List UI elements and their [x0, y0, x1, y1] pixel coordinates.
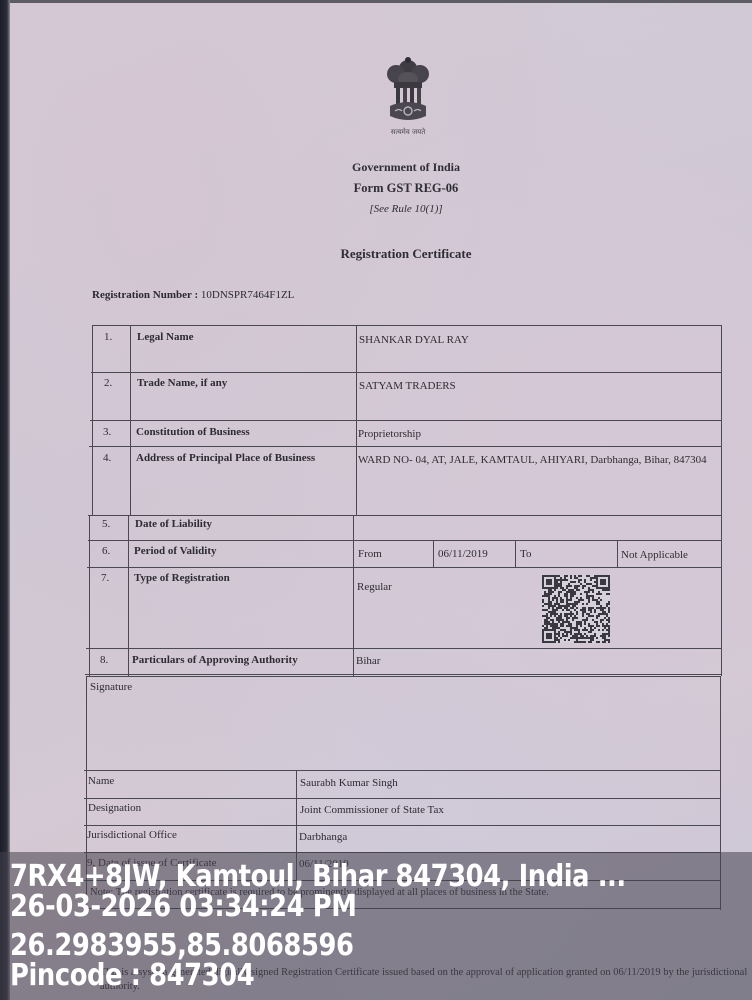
- validity-to-value: Not Applicable: [621, 549, 688, 561]
- geotag-pincode: Pincode : 847304: [10, 960, 254, 992]
- officer-name-value: Saurabh Kumar Singh: [300, 777, 398, 789]
- constitution-value: Proprietorship: [358, 428, 421, 440]
- table-rule: [86, 648, 721, 649]
- signature-label: Signature: [90, 681, 132, 693]
- row-6-number: 6.: [102, 545, 110, 557]
- geotag-datetime: 26-03-2026 03:34:24 PM: [10, 891, 356, 923]
- table-rule: [84, 770, 720, 771]
- table-rule: [128, 515, 129, 676]
- table-rule: [89, 515, 90, 676]
- photo-dark-edge: [0, 0, 10, 1000]
- address-value: WARD NO- 04, AT, JALE, KAMTAUL, AHIYARI,…: [358, 454, 718, 466]
- table-rule: [515, 540, 516, 567]
- name-label: Name: [88, 775, 114, 787]
- registration-type-value: Regular: [357, 581, 392, 593]
- row-5-label: Date of Liability: [135, 518, 212, 530]
- table-rule: [433, 540, 434, 567]
- approving-authority-value: Bihar: [356, 655, 380, 667]
- table-rule: [88, 540, 722, 541]
- table-rule: [84, 798, 720, 799]
- row-8-label: Particulars of Approving Authority: [132, 654, 298, 666]
- table-rule: [130, 325, 131, 515]
- certificate-page: [10, 3, 752, 1000]
- row-7-number: 7.: [101, 572, 109, 584]
- table-rule: [92, 325, 721, 326]
- legal-name-value: SHANKAR DYAL RAY: [359, 334, 469, 346]
- table-rule: [87, 567, 721, 568]
- registration-number-value: 10DNSPR7464F1ZL: [201, 289, 295, 301]
- row-6-label: Period of Validity: [134, 545, 217, 557]
- rule-reference: [See Rule 10(1)]: [30, 203, 752, 215]
- table-rule: [356, 325, 357, 515]
- table-rule: [86, 676, 720, 677]
- designation-label: Designation: [88, 802, 141, 814]
- form-heading: Form GST REG-06: [30, 181, 752, 196]
- national-emblem-icon: सत्यमेव जयते: [384, 54, 432, 138]
- government-heading: Government of India: [30, 160, 752, 175]
- registration-number: Registration Number : 10DNSPR7464F1ZL: [92, 289, 294, 301]
- registration-number-label: Registration Number :: [92, 289, 198, 301]
- row-7-label: Type of Registration: [134, 572, 230, 584]
- designation-value: Joint Commissioner of State Tax: [300, 804, 444, 816]
- qr-code-icon: [542, 575, 610, 643]
- jurisdictional-office-label: Jurisdictional Office: [87, 829, 177, 841]
- table-rule: [721, 325, 722, 676]
- row-2-number: 2.: [104, 377, 112, 389]
- table-rule: [90, 420, 721, 421]
- table-rule: [89, 446, 721, 447]
- trade-name-value: SATYAM TRADERS: [359, 380, 456, 392]
- table-rule: [88, 515, 721, 516]
- row-1-label: Legal Name: [137, 331, 194, 343]
- validity-to-label: To: [520, 548, 531, 560]
- table-rule: [353, 515, 354, 676]
- page-title: Registration Certificate: [30, 246, 752, 262]
- jurisdictional-office-value: Darbhanga: [299, 831, 347, 843]
- svg-text:सत्यमेव जयते: सत्यमेव जयते: [391, 127, 426, 136]
- row-1-number: 1.: [104, 331, 112, 343]
- row-4-number: 4.: [103, 452, 111, 464]
- table-rule: [84, 825, 720, 826]
- row-5-number: 5.: [102, 518, 110, 530]
- row-3-label: Constitution of Business: [136, 426, 250, 438]
- row-3-number: 3.: [103, 426, 111, 438]
- row-2-label: Trade Name, if any: [137, 377, 227, 389]
- row-8-number: 8.: [100, 654, 108, 666]
- table-rule: [617, 540, 618, 567]
- validity-from-value: 06/11/2019: [438, 548, 488, 560]
- validity-from-label: From: [358, 548, 382, 560]
- row-4-label: Address of Principal Place of Business: [136, 452, 346, 464]
- table-rule: [92, 325, 93, 515]
- table-rule: [91, 372, 721, 373]
